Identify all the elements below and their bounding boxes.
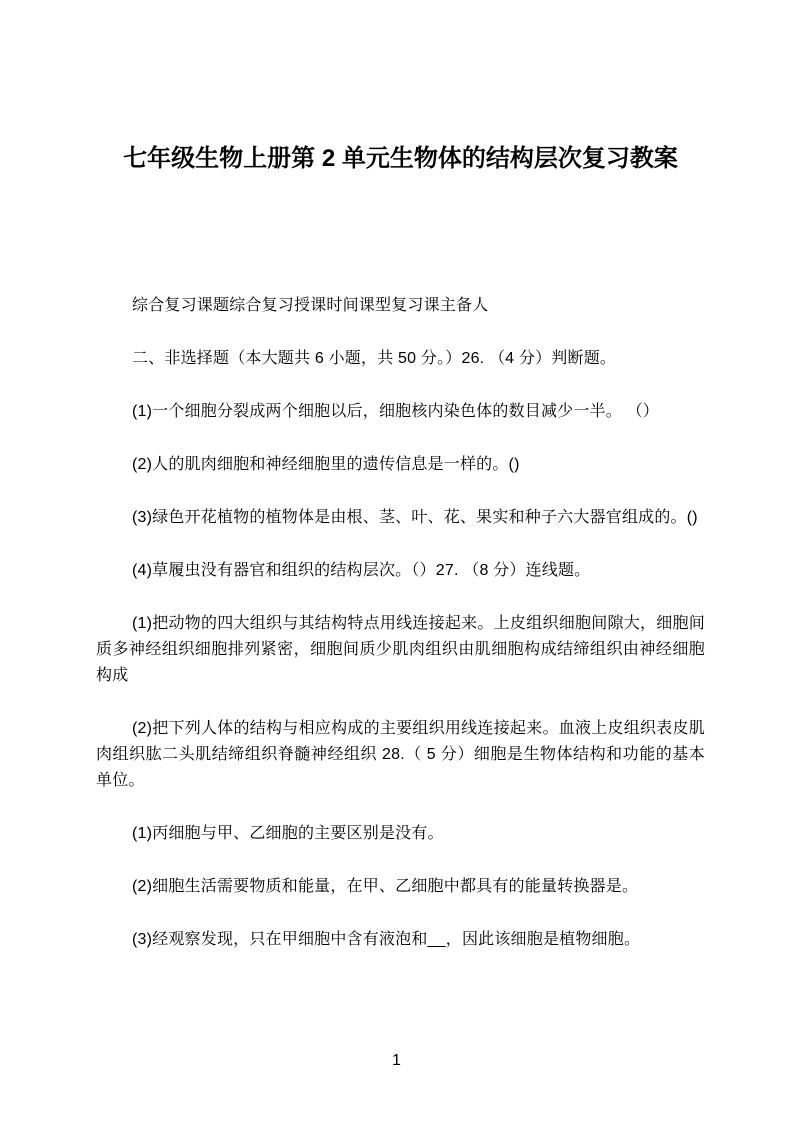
document-page: 七年级生物上册第 2 单元生物体的结构层次复习教案 综合复习课题综合复习授课时间… bbox=[0, 0, 793, 1122]
paragraph-cell-q1: (1)丙细胞与甲、乙细胞的主要区别是没有。 bbox=[96, 821, 705, 847]
paragraph-matching-q2: (2)把下列人体的结构与相应构成的主要组织用线连接起来。血液上皮组织表皮肌肉组织… bbox=[96, 716, 705, 794]
paragraph-cell-q2: (2)细胞生活需要物质和能量，在甲、乙细胞中都具有的能量转换器是。 bbox=[96, 874, 705, 900]
paragraph-meta-header: 综合复习课题综合复习授课时间课型复习课主备人 bbox=[96, 293, 705, 319]
paragraph-judgment-q1: (1)一个细胞分裂成两个细胞以后，细胞核内染色体的数目减少一半。 （） bbox=[96, 399, 705, 425]
document-title: 七年级生物上册第 2 单元生物体的结构层次复习教案 bbox=[96, 143, 705, 174]
paragraph-section-heading: 二、非选择题（本大题共 6 小题，共 50 分。）26. （4 分）判断题。 bbox=[96, 346, 705, 372]
paragraph-judgment-q2: (2)人的肌肉细胞和神经细胞里的遗传信息是一样的。() bbox=[96, 452, 705, 478]
page-number: 1 bbox=[0, 1050, 793, 1072]
paragraph-judgment-q3: (3)绿色开花植物的植物体是由根、茎、叶、花、果实和种子六大器官组成的。() bbox=[96, 505, 705, 531]
paragraph-cell-q3: (3)经观察发现，只在甲细胞中含有液泡和__，因此该细胞是植物细胞。 bbox=[96, 927, 705, 953]
paragraph-judgment-q4: (4)草履虫没有器官和组织的结构层次。（）27. （8 分）连线题。 bbox=[96, 558, 705, 584]
paragraph-matching-q1: (1)把动物的四大组织与其结构特点用线连接起来。上皮组织细胞间隙大，细胞间质多神… bbox=[96, 611, 705, 689]
document-content: 七年级生物上册第 2 单元生物体的结构层次复习教案 综合复习课题综合复习授课时间… bbox=[96, 143, 705, 980]
